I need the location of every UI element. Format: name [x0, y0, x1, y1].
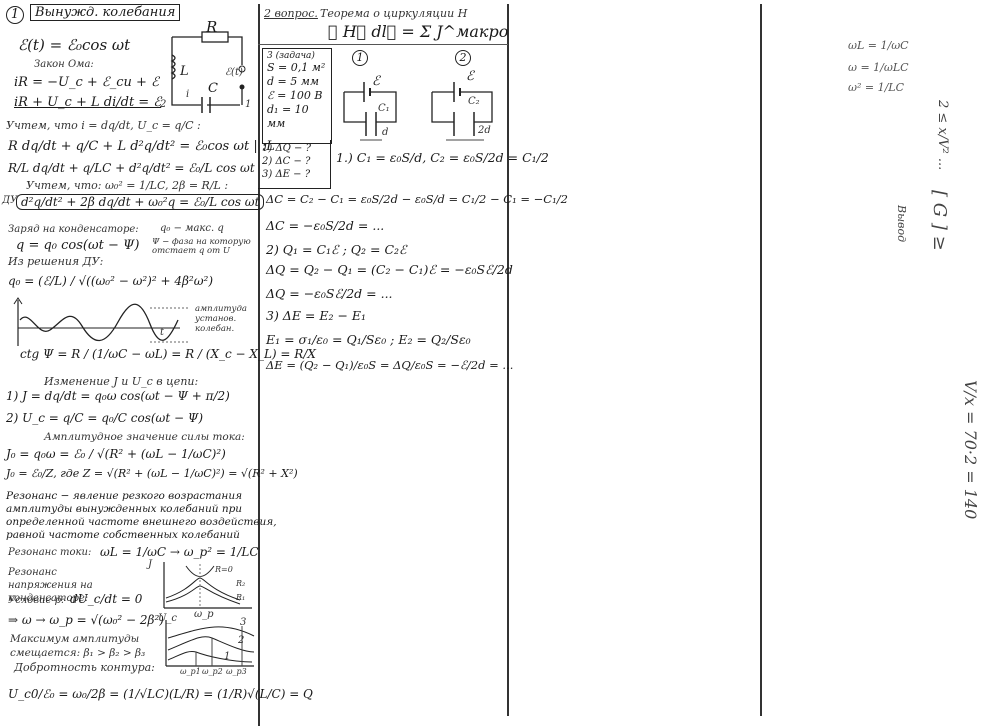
- diagram-1-emf: ℰ: [372, 75, 380, 88]
- resonance-definition: Резонанс − явление резкого возрастания а…: [6, 490, 277, 542]
- margin-line: ωL = 1/ωC: [848, 40, 909, 51]
- diagram-1-number: 1: [352, 50, 368, 66]
- eq-current: 1) J = dq/dt = q₀ω cos(ωt − Ψ + π/2): [6, 390, 230, 402]
- graph-Uc-xtick-3: ω_p3: [226, 668, 247, 676]
- margin-rotated-2: [ G ] ≥: [929, 190, 950, 251]
- graph-Uc-label-2: 2: [238, 636, 244, 646]
- graph-note: амплитуда установ. колебан.: [195, 305, 255, 334]
- eq-du: d²q/dt² + 2β dq/dt + ω₀²q = ℰ₀/L cos ωt: [16, 194, 264, 210]
- margin-line: ω = 1/ωLC: [848, 62, 909, 73]
- solution-line: 2) Q₁ = C₁ℰ ; Q₂ = C₂ℰ: [266, 242, 407, 257]
- solution-line: ΔQ = Q₂ − Q₁ = (C₂ − C₁)ℰ = −ε₀Sℰ/2d: [266, 262, 513, 277]
- eq-condition: dU_c/dt = 0: [70, 593, 142, 605]
- label-R: R: [206, 20, 217, 35]
- q3-given: ℰ = 100 В: [267, 89, 327, 103]
- resonance-line: определенной частоте внешнего воздействи…: [6, 516, 277, 529]
- solution-line: 3) ΔE = E₂ − E₁: [266, 308, 366, 323]
- q1-title: Вынужд. колебания: [30, 4, 180, 21]
- eq-J0: J₀ = q₀ω = ℰ₀ / √(R² + (ωL − 1/ωC)²): [6, 448, 226, 460]
- eq-ohm-2: iR + U_c + L di/dt = ℰ: [14, 96, 161, 109]
- q2-q3-separator: [258, 44, 508, 45]
- given-text-2: Учтем, что: ω₀² = 1/LC, 2β = R/L :: [26, 180, 228, 191]
- graph-Uc-xtick-1: ω_p1: [180, 668, 201, 676]
- diagram-2-number: 2: [455, 50, 471, 66]
- label-C: C: [208, 82, 218, 95]
- diagram-2-emf: ℰ: [466, 70, 474, 83]
- eq-divided: R/L dq/dt + q/LC + d²q/dt² = ℰ₀/L cos ωt: [8, 162, 255, 174]
- given-text: Учтем, что i = dq/dt, U_c = q/C :: [6, 120, 201, 131]
- eq-wp: ⇒ ω → ω_p = √(ω₀² − 2β²): [8, 614, 164, 626]
- diagram-2-cap: C₂: [468, 97, 480, 107]
- q3-given: d₁ = 10 мм: [267, 103, 327, 131]
- graph-J-label-R1: R₁: [236, 594, 245, 602]
- q3-find-box: 1) ΔQ − ? 2) ΔC − ? 3) ΔE − ?: [258, 140, 331, 189]
- q3-find: 2) ΔC − ?: [262, 155, 326, 168]
- eq-q-factor: U_c0/ℰ₀ = ω₀/2β = (1/√LC)(L/R) = (1/R)√(…: [8, 688, 313, 700]
- solution-line: ΔQ = −ε₀Sℰ/2d = ...: [266, 286, 393, 301]
- q3-label: 3 (задача): [267, 51, 327, 61]
- graph-Uc-xtick-2: ω_p2: [202, 668, 223, 676]
- max-shift: Максимум амплитуды смещается: β₁ > β₂ > …: [10, 632, 160, 660]
- solution-line: ΔE = (Q₂ − Q₁)/ε₀S = ΔQ/ε₀S = −ℰ/2d = ..…: [266, 358, 513, 372]
- note-q0: q₀ − макс. q: [160, 224, 224, 234]
- diagram-2-gap: 2d: [478, 126, 491, 136]
- q1-number: 1: [6, 6, 24, 24]
- oscillation-graph: [10, 298, 190, 348]
- capacitor-diagram-1: [340, 60, 400, 140]
- margin-rotated-1: 2 ≤ x/V² ...: [935, 100, 950, 170]
- graph-axis-t: t: [160, 328, 164, 338]
- graph-Uc-label-3: 3: [240, 618, 246, 628]
- margin-rotated-4: V/x = 70·2 = 140: [961, 380, 980, 519]
- eq-ohm-1: iR = −U_c + ℰ_си + ℰ: [14, 76, 159, 89]
- diagram-1-cap: C₁: [378, 104, 390, 114]
- label-node-2: 2: [160, 100, 166, 110]
- solution-line: ΔC = −ε₀S/2d = ...: [266, 218, 384, 233]
- resonance-line: амплитуды вынужденных колебаний при: [6, 503, 277, 516]
- q3-find: 3) ΔE − ?: [262, 168, 326, 181]
- q3-find: 1) ΔQ − ?: [262, 142, 326, 155]
- q3-given: S = 0,1 м²: [267, 61, 327, 75]
- amp-label: Амплитудное значение силы тока:: [44, 432, 245, 443]
- eq-charge: q = q₀ cos(ωt − Ψ): [16, 239, 139, 252]
- ohm-label: Закон Ома:: [34, 60, 94, 70]
- margin-line: ω² = 1/LC: [848, 82, 904, 93]
- graph-Uc-label-1: 1: [224, 652, 230, 662]
- eq-emf: ℰ(t) = ℰ₀cos ωt: [18, 38, 130, 53]
- eq-J0-Z: J₀ = ℰ₀/Z, где Z = √(R² + (ωL − 1/ωC)²) …: [6, 468, 298, 479]
- resonance-line: Резонанс − явление резкого возрастания: [6, 490, 277, 503]
- eq-voltage: 2) U_c = q/C = q₀/C cos(ωt − Ψ): [6, 412, 203, 424]
- diagram-1-gap: d: [382, 128, 388, 138]
- column-divider-3: [760, 4, 762, 716]
- label-i: i: [186, 90, 189, 100]
- eq-second-order: R dq/dt + q/C + L d²q/dt² = ℰ₀cos ωt | :…: [8, 140, 275, 153]
- q3-given-box: 3 (задача) S = 0,1 м² d = 5 мм ℰ = 100 В…: [262, 48, 332, 144]
- resonance-line: равной частоте собственных колебаний: [6, 529, 277, 542]
- column-divider-1: [258, 4, 260, 726]
- eq-q0: q₀ = (ℰ/L) / √((ω₀² − ω²)² + 4β²ω²): [8, 275, 213, 287]
- q-factor-label: Добротность контура:: [14, 662, 155, 673]
- graph-J-ylabel: J: [148, 560, 152, 570]
- note-psi: Ψ − фаза на которую отстает q от U: [152, 238, 252, 257]
- q2-label: 2 вопрос.: [264, 8, 318, 19]
- graph-J-label-R0: R=0: [215, 566, 233, 574]
- condition-label: Условие p:: [8, 596, 64, 606]
- charge-label: Заряд на конденсаторе:: [8, 225, 139, 235]
- label-node-1: 1: [245, 100, 251, 110]
- graph-J-label-R2: R₂: [236, 580, 245, 588]
- q3-given: d = 5 мм: [267, 75, 327, 89]
- res-current-label: Резонанс токи:: [8, 548, 91, 558]
- solution-line: E₁ = σ₁/ε₀ = Q₁/Sε₀ ; E₂ = Q₂/Sε₀: [266, 332, 471, 347]
- solution-line: 1.) C₁ = ε₀S/d, C₂ = ε₀S/2d = C₁/2: [336, 150, 549, 165]
- label-L: L: [180, 65, 189, 78]
- graph-Uc-ylabel: U_c: [158, 614, 177, 624]
- eq-res-current: ωL = 1/ωC → ω_p² = 1/LC: [100, 546, 259, 558]
- label-emf: ℰ(t): [225, 68, 243, 78]
- q2-title: Теорема о циркуляции H: [320, 8, 467, 19]
- solution-line: ΔC = C₂ − C₁ = ε₀S/2d − ε₀S/d = C₁/2 − C…: [266, 192, 568, 206]
- margin-rotated-3: Вывод: [895, 205, 908, 242]
- change-label: Изменение J и U_c в цепи:: [44, 376, 198, 387]
- from-solution: Из решения ДУ:: [8, 256, 103, 267]
- q2-equation: ∮ H⃗ dl⃗ = Σ J^макро: [328, 24, 508, 40]
